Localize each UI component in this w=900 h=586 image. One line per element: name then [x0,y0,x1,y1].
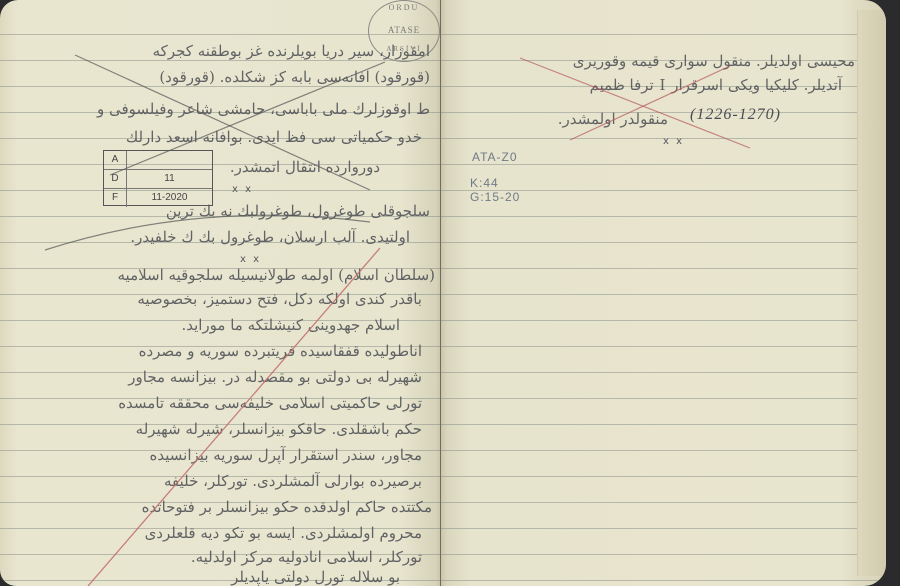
strike-curve [45,215,370,250]
strike-line [75,55,370,190]
strike-line [110,62,385,175]
strike-line [520,58,750,148]
strike-line [570,66,730,140]
red-pencil-line [88,248,380,586]
strike-marks [0,0,900,586]
